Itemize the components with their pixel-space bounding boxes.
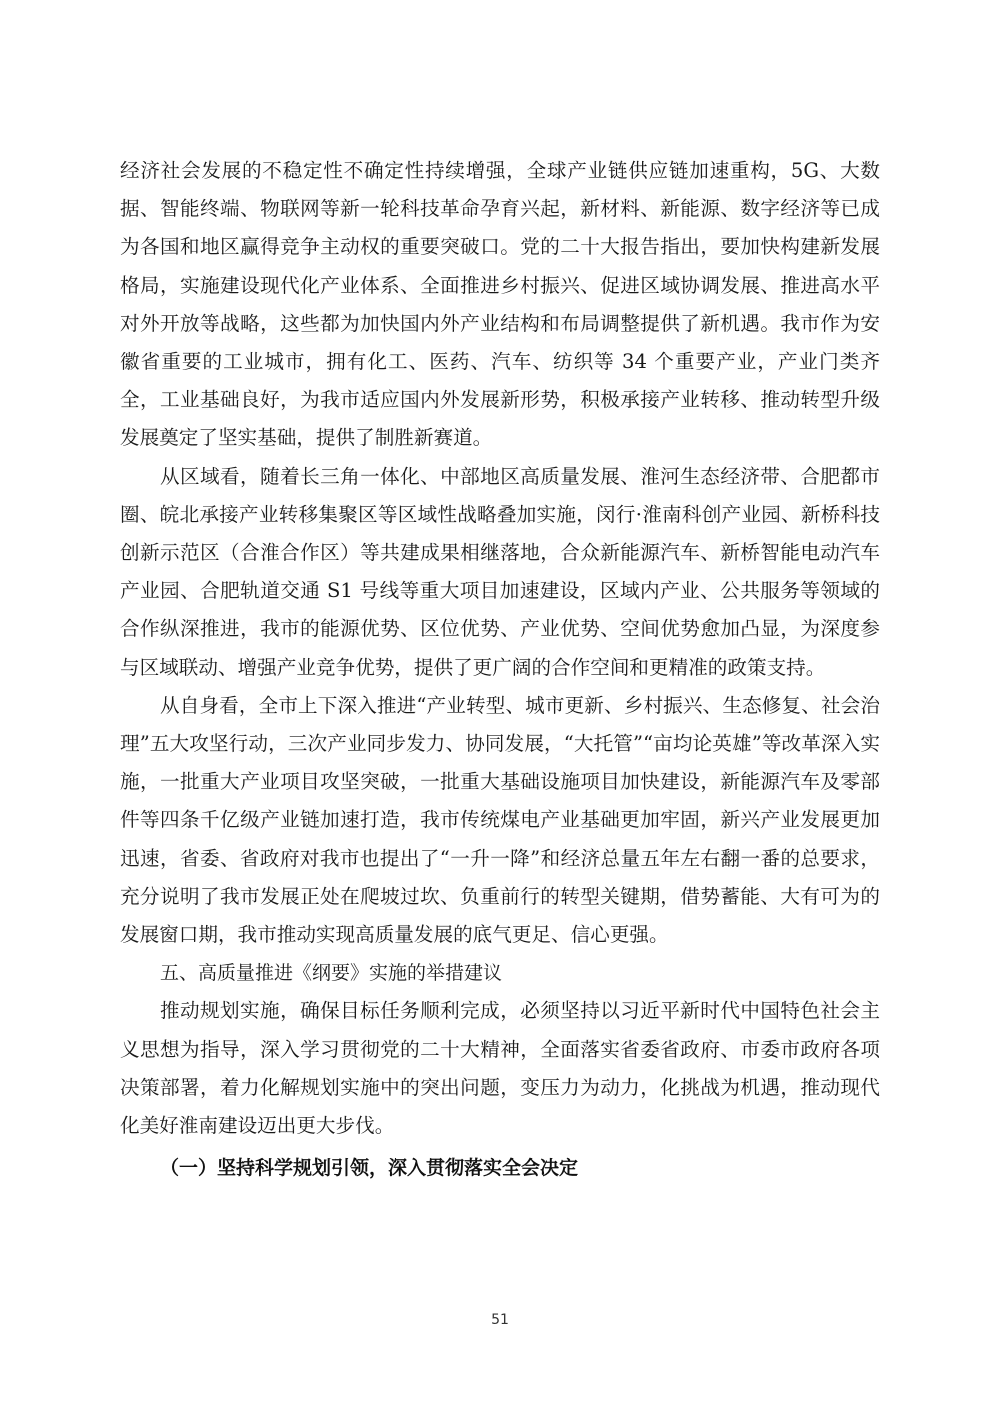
paragraph-regional-context: 从区域看，随着长三角一体化、中部地区高质量发展、淮河生态经济带、合肥都市圈、皖北… <box>120 458 880 687</box>
paragraph-local-context: 从自身看，全市上下深入推进“产业转型、城市更新、乡村振兴、生态修复、社会治理”五… <box>120 687 880 954</box>
paragraph-global-context: 经济社会发展的不稳定性不确定性持续增强，全球产业链供应链加速重构，5G、大数据、… <box>120 152 880 458</box>
subsection-heading: （一）坚持科学规划引领，深入贯彻落实全会决定 <box>120 1149 880 1187</box>
section-intro-paragraph: 推动规划实施，确保目标任务顺利完成，必须坚持以习近平新时代中国特色社会主义思想为… <box>120 992 880 1145</box>
page-number: 51 <box>0 1312 1000 1328</box>
document-page: 经济社会发展的不稳定性不确定性持续增强，全球产业链供应链加速重构，5G、大数据、… <box>120 152 880 1187</box>
section-heading: 五、高质量推进《纲要》实施的举措建议 <box>120 954 880 992</box>
